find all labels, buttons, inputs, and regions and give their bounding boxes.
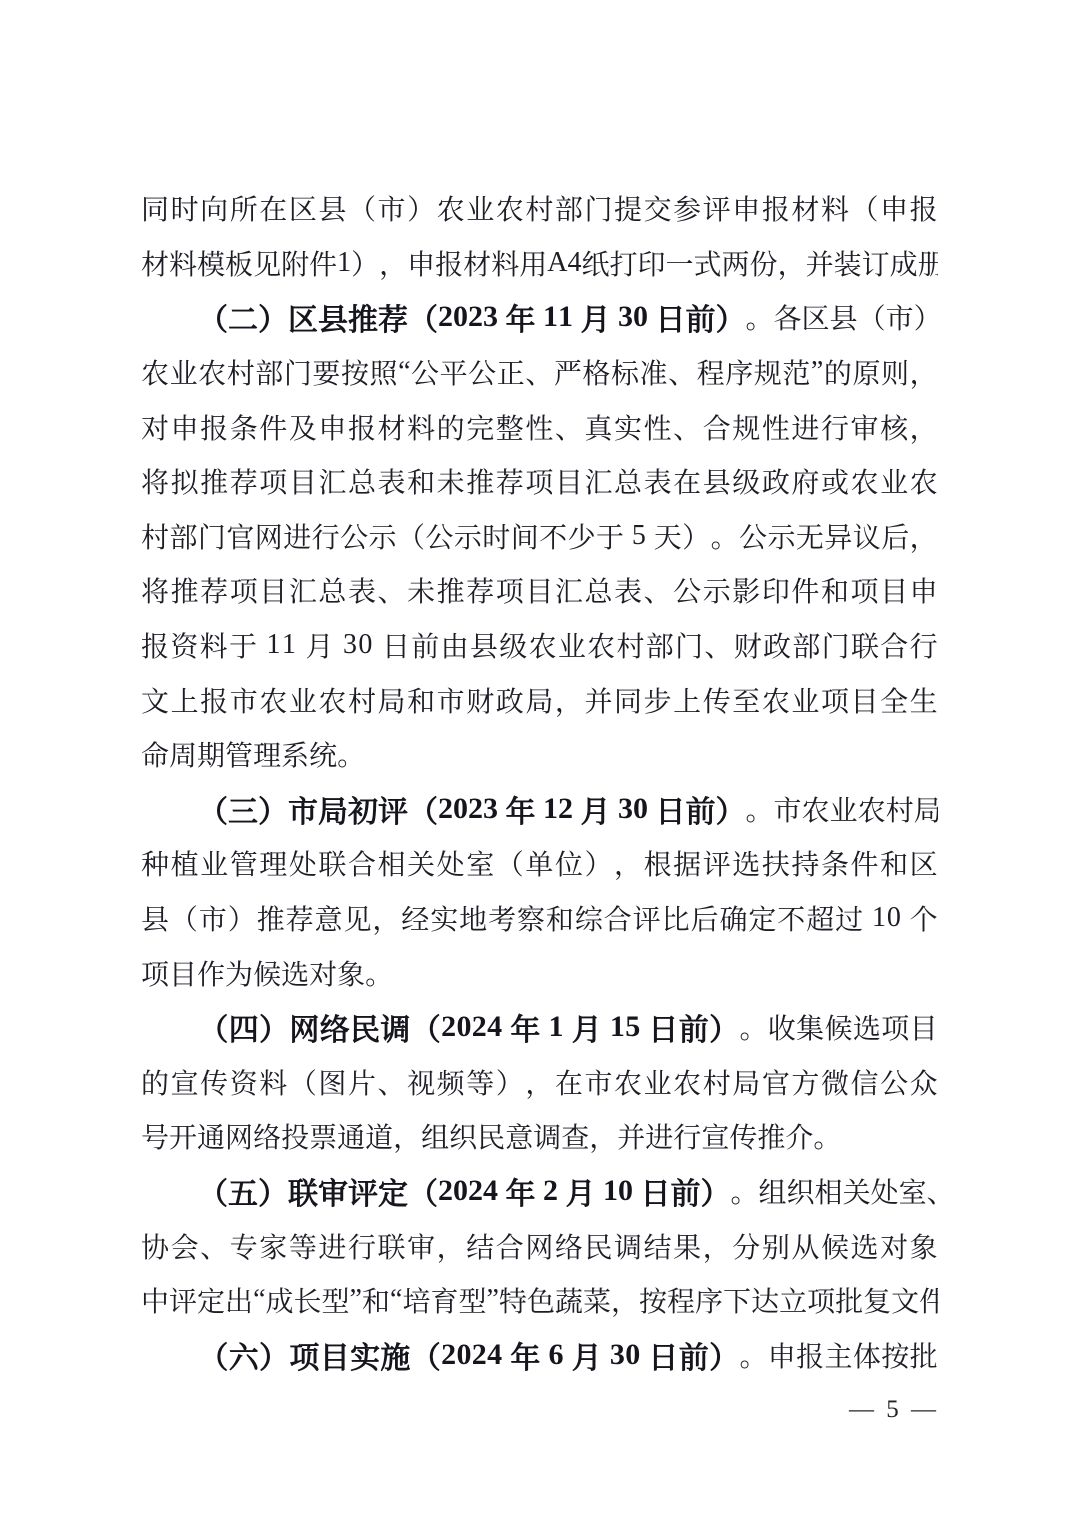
text-line: （四）网络民调（2024 年 1 月 15 日前）。收集候选项目 [141,1000,938,1055]
text-line: 报资料于 11 月 30 日前由县级农业农村部门、财政部门联合行 [141,618,938,673]
text-line: 同时向所在区县（市）农业农村部门提交参评申报材料（申报 [141,181,938,236]
text-line: 县（市）推荐意见，经实地考察和综合评比后确定不超过 10 个 [141,891,938,946]
text-line: （二）区县推荐（2023 年 11 月 30 日前）。各区县（市） [141,290,938,345]
document-page: 同时向所在区县（市）农业农村部门提交参评申报材料（申报材料模板见附件1），申报材… [0,0,1077,1532]
text-line: 协会、专家等进行联审，结合网络民调结果，分别从候选对象 [141,1218,938,1273]
text-line: 的宣传资料（图片、视频等），在市农业农村局官方微信公众 [141,1055,938,1110]
text-line: 命周期管理系统。 [141,727,938,782]
text-line: 种植业管理处联合相关处室（单位），根据评选扶持条件和区 [141,836,938,891]
text-line: （六）项目实施（2024 年 6 月 30 日前）。申报主体按批 [141,1327,938,1382]
text-line: （五）联审评定（2024 年 2 月 10 日前）。组织相关处室、 [141,1164,938,1219]
text-line: 农业农村部门要按照“公平公正、严格标准、程序规范”的原则， [141,345,938,400]
document-body: 同时向所在区县（市）农业农村部门提交参评申报材料（申报材料模板见附件1），申报材… [141,181,938,1382]
text-line: （三）市局初评（2023 年 12 月 30 日前）。市农业农村局 [141,782,938,837]
text-line: 号开通网络投票通道，组织民意调查，并进行宣传推介。 [141,1109,938,1164]
text-line: 将推荐项目汇总表、未推荐项目汇总表、公示影印件和项目申 [141,563,938,618]
text-line: 对申报条件及申报材料的完整性、真实性、合规性进行审核， [141,399,938,454]
text-line: 中评定出“成长型”和“培育型”特色蔬菜，按程序下达立项批复文件。 [141,1273,938,1328]
text-line: 材料模板见附件1），申报材料用A4纸打印一式两份，并装订成册。 [141,236,938,291]
text-line: 文上报市农业农村局和市财政局，并同步上传至农业项目全生 [141,672,938,727]
text-line: 将拟推荐项目汇总表和未推荐项目汇总表在县级政府或农业农 [141,454,938,509]
page-number: — 5 — [849,1396,939,1424]
text-line: 村部门官网进行公示（公示时间不少于 5 天）。公示无异议后， [141,509,938,564]
text-line: 项目作为候选对象。 [141,945,938,1000]
